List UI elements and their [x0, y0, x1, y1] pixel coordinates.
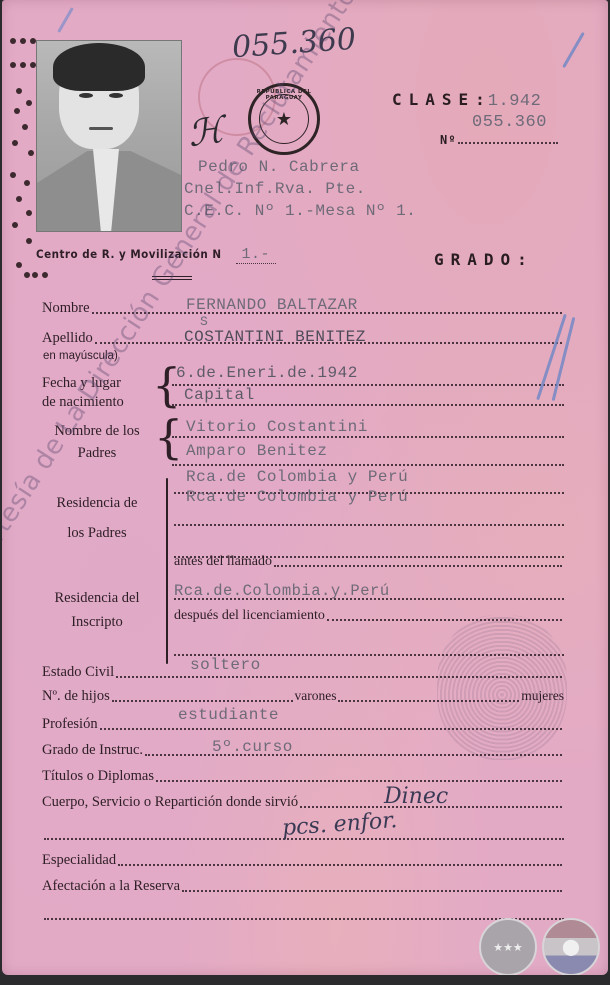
despues-licenciamiento-row: después del licenciamiento [174, 608, 564, 624]
antes-llamado-row: antes del llamado [174, 554, 564, 570]
portrait-photo [36, 40, 182, 232]
registration-card: 055.360 ℋ REPÚBLICA DEL PARAGUAY ★ CLASE… [2, 0, 608, 975]
clase-field: CLASE: 1.942 [392, 90, 541, 111]
apellido-correction: S [200, 314, 208, 329]
residencia-padres-1: Rca.de Colombia y Perú [186, 468, 408, 486]
grado-instruccion-row: Grado de Instruc. [42, 742, 564, 759]
especialidad-row: Especialidad [42, 852, 564, 869]
grado-instruccion-value: 5º.curso [212, 738, 293, 756]
paraguay-flag-badge-icon: ⬤ [542, 918, 600, 975]
madre-nombre: Amparo Benitez [186, 442, 327, 460]
military-badge-icon: ★★★ [479, 918, 537, 975]
signature-mark: ℋ [185, 110, 226, 156]
numero-field: Nº [440, 133, 560, 147]
bracket [166, 552, 168, 664]
padre-nombre: Vitorio Costantini [186, 418, 368, 436]
residencia-padres-label: Residencia de los Padres [42, 488, 152, 548]
numero-value: 055.360 [472, 113, 547, 132]
cuerpo-value-1: Dinec [384, 784, 448, 809]
hijos-row: Nº. de hijos varones mujeres [42, 688, 564, 705]
afectacion-row: Afectación a la Reserva [42, 878, 564, 895]
cuerpo-value-2: pcs. enfor. [281, 808, 398, 841]
residencia-inscripto-label: Residencia del Inscripto [42, 586, 152, 634]
antes-llamado-value: Rca.de.Colombia.y.Perú [174, 582, 390, 600]
grado-label: GRADO: [434, 250, 534, 269]
fecha-nacimiento: 6.de.Eneri.de.1942 [176, 364, 358, 382]
titulos-row: Títulos o Diplomas [42, 768, 564, 785]
estado-civil-row: Estado Civil [42, 664, 564, 681]
cuerpo-row: Cuerpo, Servicio o Repartición donde sir… [42, 794, 564, 811]
lugar-nacimiento: Capital [184, 386, 255, 404]
nombre-value: FERNANDO BALTAZAR [186, 296, 358, 314]
profesion-value: estudiante [178, 706, 279, 724]
bracket [166, 478, 168, 558]
residencia-padres-2: Rca.de Colombia y Perú [186, 488, 408, 506]
apellido-value: COSTANTINI BENITEZ [184, 328, 366, 346]
blue-pencil-mark [57, 7, 74, 33]
blue-pencil-mark [562, 32, 585, 68]
estado-civil-value: soltero [190, 656, 261, 674]
profesion-row: Profesión [42, 716, 564, 733]
